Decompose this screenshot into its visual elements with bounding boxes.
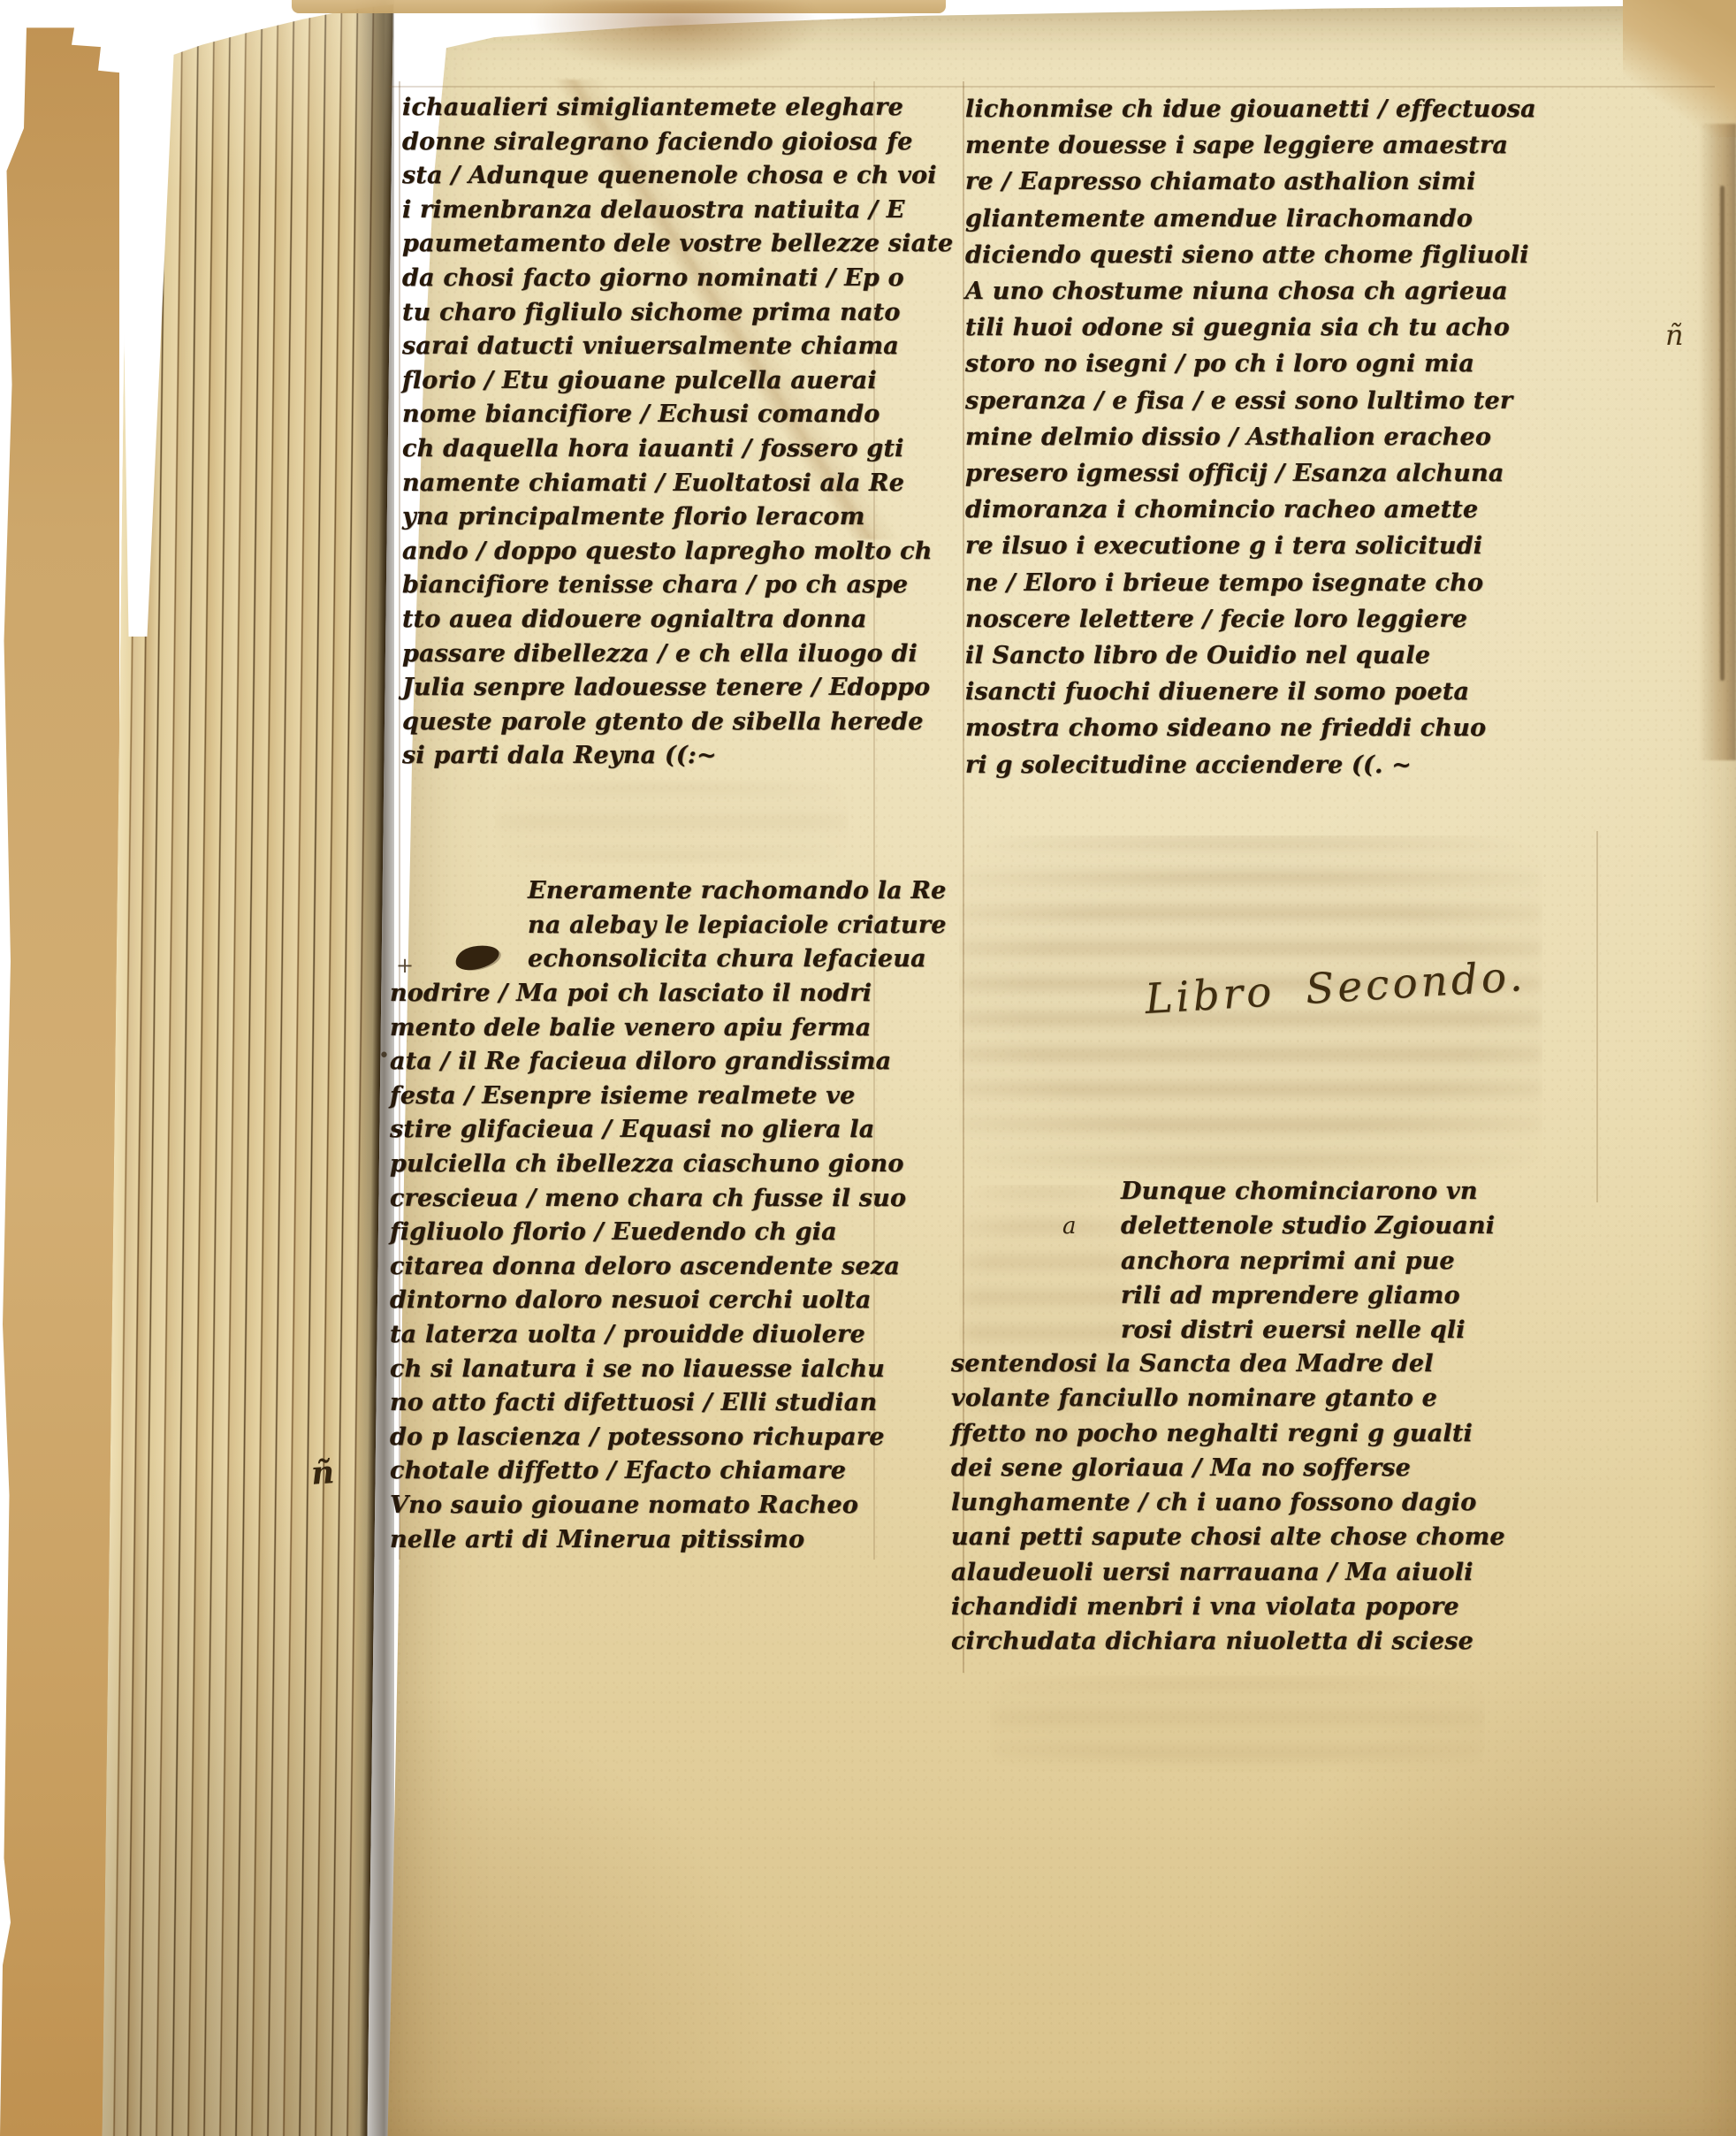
text-line: echonsolicita chura lefacieua: [528, 942, 947, 977]
text-line: mente douesse i sape leggiere amaestra: [965, 127, 1536, 164]
text-line: citarea donna deloro ascendente seza: [390, 1250, 906, 1285]
left-margin-mark: ñ: [310, 1453, 336, 1492]
text-line: ichandidi menbri i vna violata popore: [951, 1590, 1505, 1624]
text-line: ata / il Re facieua diloro grandissima: [390, 1045, 906, 1079]
text-line: presero igmessi officij / Esanza alchuna: [965, 455, 1536, 492]
text-line: tili huoi odone si guegnia sia ch tu ach…: [965, 309, 1536, 346]
text-line: Eneramente rachomando la Re: [528, 874, 947, 909]
text-line: A uno chostume niuna chosa ch agrieua: [965, 273, 1536, 309]
text-line: sarai datucti vniuersalmente chiama: [402, 330, 953, 364]
text-line: Vno sauio giouane nomato Racheo: [390, 1489, 906, 1523]
text-line: lichonmise ch idue giouanetti / effectuo…: [965, 91, 1536, 127]
text-line: da chosi facto giorno nominati / Ep o: [402, 262, 953, 296]
text-line: Dunque chominciarono vn: [1121, 1174, 1495, 1209]
text-line: paumetamento dele vostre bellezze siate: [402, 227, 953, 262]
right-column-paragraph-1: lichonmise ch idue giouanetti / effectuo…: [965, 91, 1536, 783]
text-line: lunghamente / ch i uano fossono dagio: [951, 1485, 1505, 1520]
text-line: nodrire / Ma poi ch lasciato il nodri: [390, 977, 906, 1011]
text-line: nome biancifiore / Echusi comando: [402, 398, 953, 432]
text-line: rosi distri euersi nelle qli: [1121, 1313, 1495, 1347]
text-line: figliuolo florio / Euedendo ch gia: [390, 1216, 906, 1250]
text-line: sta / Adunque quenenole chosa e ch voi: [402, 159, 953, 194]
right-margin-mark: ñ: [1665, 318, 1684, 352]
text-line: tu charo figliulo sichome prima nato: [402, 296, 953, 331]
right-page-edge-shading: [1699, 124, 1736, 760]
text-line: pulciella ch ibellezza ciaschuno giono: [390, 1148, 906, 1182]
text-line: no atto facti difettuosi / Elli studian: [390, 1386, 906, 1421]
left-column-paragraph-2: nodrire / Ma poi ch lasciato il nodrimen…: [390, 977, 906, 1557]
text-line: ch si lanatura i se no liauesse ialchu: [390, 1353, 906, 1387]
text-line: re / Eapresso chiamato asthalion simi: [965, 164, 1536, 200]
text-line: storo no isegni / po ch i loro ogni mia: [965, 346, 1536, 382]
text-line: na alebay le lepiaciole criature: [528, 909, 947, 943]
text-line: dei sene gloriaua / Ma no sofferse: [951, 1451, 1505, 1485]
text-line: i rimenbranza delauostra natiuita / E: [402, 194, 953, 228]
right-page-edge-line: [1720, 186, 1725, 681]
text-line: alaudeuoli uersi narrauana / Ma aiuoli: [951, 1555, 1505, 1590]
marginal-line-marker: •: [378, 1045, 390, 1067]
right-column-paragraph-2: sentendosi la Sancta dea Madre delvolant…: [951, 1346, 1505, 1659]
text-line: chotale diffetto / Efacto chiamare: [390, 1454, 906, 1489]
text-line: tto auea didouere ognialtra donna: [402, 603, 953, 637]
text-line: ichaualieri simigliantemete eleghare: [402, 91, 953, 126]
text-line: queste parole gtento de sibella herede: [402, 706, 953, 740]
top-right-page-corner: [1623, 0, 1736, 137]
text-line: rili ad mprendere gliamo: [1121, 1278, 1495, 1313]
text-line: florio / Etu giouane pulcella auerai: [402, 364, 953, 399]
text-line: ri g solecitudine acciendere ((. ~: [965, 747, 1536, 783]
text-line: biancifiore tenisse chara / po ch aspe: [402, 568, 953, 603]
text-line: re ilsuo i executione g i tera solicitud…: [965, 528, 1536, 564]
ruling-line-horizontal: [389, 86, 1715, 88]
text-line: mostra chomo sideano ne frieddi chuo: [965, 710, 1536, 746]
text-line: Julia senpre ladouesse tenere / Edoppo: [402, 671, 953, 706]
text-line: speranza / e fisa / e essi sono lultimo …: [965, 383, 1536, 419]
text-line: ne / Eloro i brieue tempo isegnate cho: [965, 565, 1536, 601]
text-line: mine delmio dissio / Asthalion eracheo: [965, 419, 1536, 455]
text-line: diciendo questi sieno atte chome figliuo…: [965, 237, 1536, 273]
text-line: anchora neprimi ani pue: [1121, 1244, 1495, 1278]
left-column-paragraph-2-indent: Eneramente rachomando la Rena alebay le …: [528, 874, 947, 977]
text-line: circhudata dichiara niuoletta di sciese: [951, 1624, 1505, 1659]
text-line: donne siralegrano faciendo gioiosa fe: [402, 126, 953, 160]
text-line: ta laterza uolta / prouidde diuolere: [390, 1318, 906, 1353]
text-line: crescieua / meno chara ch fusse il suo: [390, 1182, 906, 1217]
text-line: passare dibellezza / e ch ella iluogo di: [402, 637, 953, 672]
text-line: dimoranza i chomincio racheo amette: [965, 492, 1536, 528]
text-line: sentendosi la Sancta dea Madre del: [951, 1346, 1505, 1381]
text-line: ffetto no pocho neghalti regni g gualti: [951, 1416, 1505, 1451]
text-line: ando / doppo questo lapregho molto ch: [402, 535, 953, 569]
text-line: nelle arti di Minerua pitissimo: [390, 1523, 906, 1558]
right-column-paragraph-2-indent: Dunque chominciarono vndelettenole studi…: [1121, 1174, 1495, 1347]
guide-letter: a: [1062, 1213, 1077, 1240]
text-line: isancti fuochi diuenere il somo poeta: [965, 674, 1536, 710]
text-line: mento dele balie venero apiu ferma: [390, 1011, 906, 1046]
text-line: stire glifacieua / Equasi no gliera la: [390, 1113, 906, 1148]
text-line: noscere lelettere / fecie loro leggiere: [965, 601, 1536, 637]
gutter-shadow: [354, 0, 394, 2136]
text-line: volante fanciullo nominare gtanto e: [951, 1381, 1505, 1415]
text-line: namente chiamati / Euoltatosi ala Re: [402, 467, 953, 501]
left-column-paragraph-1: ichaualieri simigliantemete elegharedonn…: [402, 91, 953, 774]
text-line: ch daquella hora iauanti / fossero gti: [402, 432, 953, 467]
text-line: dintorno daloro nesuoi cerchi uolta: [390, 1284, 906, 1318]
show-through-text: [495, 780, 849, 864]
text-line: uani petti sapute chosi alte chose chome: [951, 1520, 1505, 1554]
ruling-line-vertical: [1596, 831, 1598, 1202]
text-line: yna principalmente florio leracom: [402, 500, 953, 535]
stain: [530, 0, 822, 74]
marginal-cross-mark: +: [396, 953, 414, 978]
text-line: do p lascienza / potessono richupare: [390, 1421, 906, 1455]
text-line: il Sancto libro de Ouidio nel quale: [965, 637, 1536, 674]
text-line: gliantemente amendue lirachomando: [965, 201, 1536, 237]
manuscript-photo: ichaualieri simigliantemete elegharedonn…: [0, 0, 1736, 2136]
text-line: delettenole studio Zgiouani: [1121, 1209, 1495, 1243]
text-line: festa / Esenpre isieme realmete ve: [390, 1079, 906, 1114]
show-through-text: [990, 1675, 1485, 1773]
text-line: si parti dala Reyna ((:~: [402, 739, 953, 774]
